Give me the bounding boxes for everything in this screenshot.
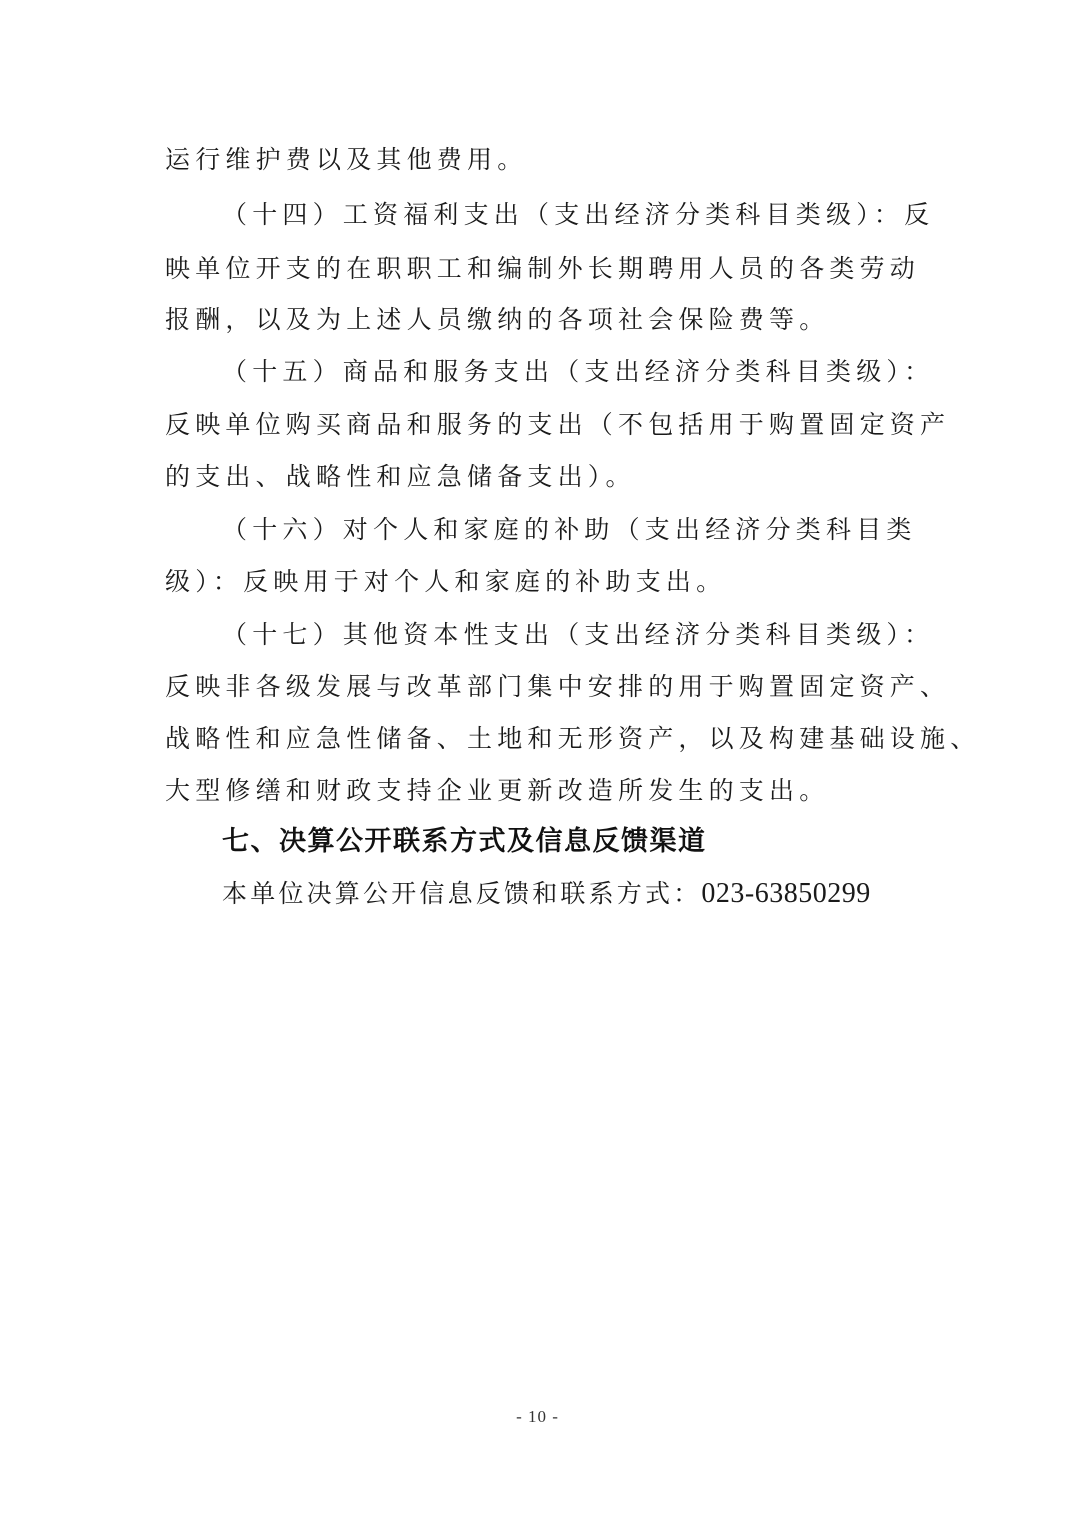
paragraph-line: （十四）工资福利支出（支出经济分类科目类级）：反 [222, 198, 934, 232]
section-heading: 七、决算公开联系方式及信息反馈渠道 [222, 824, 707, 860]
paragraph-line: 的支出、战略性和应急储备支出）。 [165, 460, 636, 494]
contact-line: 本单位决算公开信息反馈和联系方式：023-63850299 [222, 877, 871, 911]
contact-phone: 023-63850299 [701, 878, 870, 909]
paragraph-line: 级）：反映用于对个人和家庭的补助支出。 [165, 565, 726, 599]
paragraph-line: 反映单位购买商品和服务的支出（不包括用于购置固定资产 [165, 408, 950, 442]
paragraph-line: （十六）对个人和家庭的补助（支出经济分类科目类 [222, 513, 917, 547]
paragraph-line: （十七）其他资本性支出（支出经济分类科目类级）： [222, 618, 934, 652]
document-page: 运行维护费以及其他费用。 （十四）工资福利支出（支出经济分类科目类级）：反 映单… [0, 0, 1075, 1520]
paragraph-line: 映单位开支的在职职工和编制外长期聘用人员的各类劳动 [165, 252, 920, 286]
paragraph-line: 大型修缮和财政支持企业更新改造所发生的支出。 [165, 774, 829, 808]
paragraph-line: 战略性和应急性储备、土地和无形资产，以及构建基础设施、 [165, 722, 980, 756]
paragraph-line: （十五）商品和服务支出（支出经济分类科目类级）： [222, 355, 934, 389]
paragraph-line: 运行维护费以及其他费用。 [165, 143, 527, 177]
page-number: - 10 - [0, 1407, 1075, 1427]
paragraph-line: 反映非各级发展与改革部门集中安排的用于购置固定资产、 [165, 670, 950, 704]
contact-label: 本单位决算公开信息反馈和联系方式： [222, 879, 701, 908]
paragraph-line: 报酬，以及为上述人员缴纳的各项社会保险费等。 [165, 303, 829, 337]
